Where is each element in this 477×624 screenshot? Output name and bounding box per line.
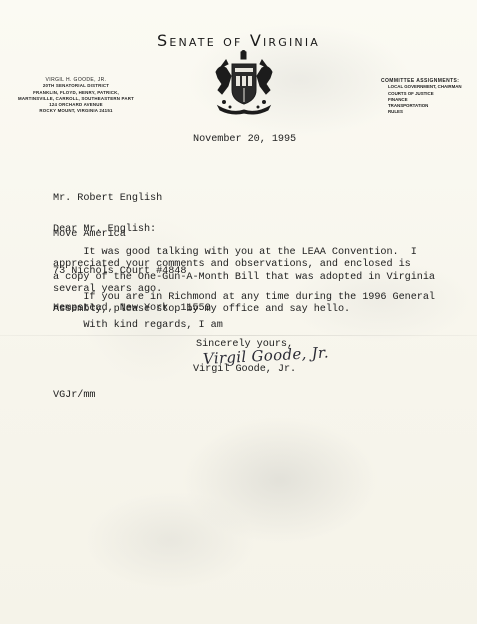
- body-paragraph-2: If you are in Richmond at any time durin…: [53, 292, 435, 317]
- reference-initials: VGJr/mm: [53, 390, 95, 402]
- body-paragraph-1: It was good talking with you at the LEAA…: [53, 247, 435, 296]
- letter-date: November 20, 1995: [193, 134, 296, 146]
- city-state-zip: Rocky Mount, Virginia 24151: [16, 108, 136, 114]
- recipient-name: Mr. Robert English: [53, 193, 211, 205]
- letterhead-title: Senate of Virginia: [0, 31, 477, 50]
- committee-item: Rules: [381, 109, 477, 115]
- salutation: Dear Mr. English:: [53, 224, 156, 236]
- typed-signatory-name: Virgil Goode, Jr.: [193, 364, 296, 376]
- body-paragraph-3: With kind regards, I am: [53, 320, 223, 332]
- committee-assignments-block: Committee Assignments: Local Government,…: [381, 78, 477, 116]
- sender-info-block: Virgil H. Goode, Jr. 20th Senatorial Dis…: [16, 77, 136, 115]
- district-counties: Franklin, Floyd, Henry, Patrick,: [16, 90, 136, 96]
- virginia-seal-icon: [212, 50, 276, 116]
- paper-fold-line: [0, 335, 477, 336]
